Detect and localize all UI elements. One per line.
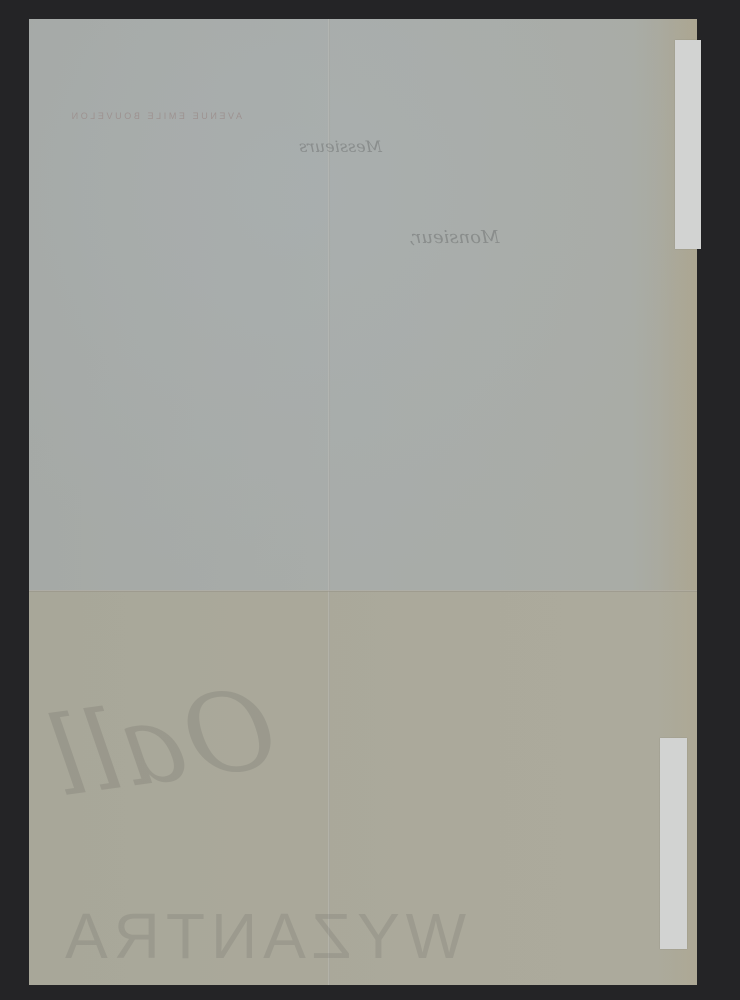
- vertical-fold-line: [328, 19, 330, 985]
- mirrored-letterhead: AVENUE EMILE BOUVELON: [69, 111, 242, 121]
- ghost-block-letters: WYZANTRA: [59, 899, 466, 973]
- tape-strip-bottom: [660, 738, 687, 949]
- paper-top-panel: [29, 19, 697, 591]
- ghost-handwriting-salutation: Monsieur,: [409, 227, 499, 248]
- horizontal-fold-line: [29, 590, 697, 592]
- tape-strip-top: [675, 40, 701, 249]
- ghost-handwriting-date: Messieurs: [299, 137, 382, 156]
- letter-paper: AVENUE EMILE BOUVELON Messieurs Monsieur…: [29, 19, 697, 985]
